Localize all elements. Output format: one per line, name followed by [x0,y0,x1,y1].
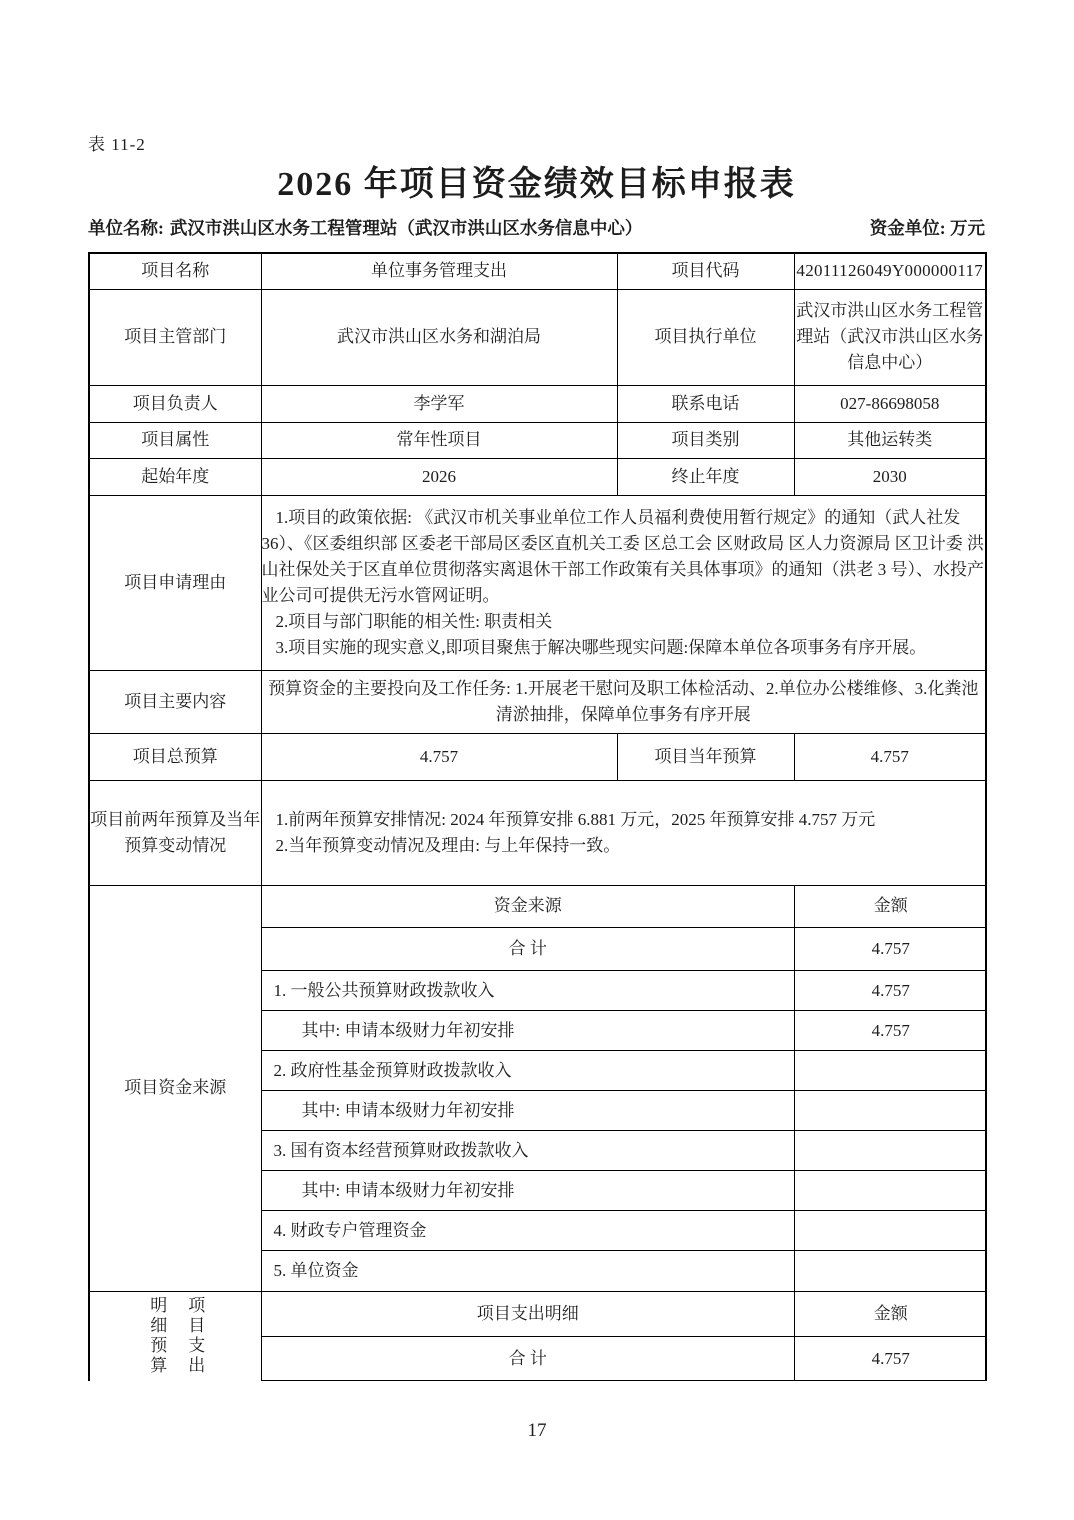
expense-label-right: 项目支出 [181,1296,207,1376]
funding-row-label-cell: 1. 一般公共预算财政拨款收入 [262,971,795,1011]
funding-row-amount-cell [795,1251,987,1291]
fund-unit-line: 资金单位: 万元 [870,215,985,240]
dept-value-cell: 武汉市洪山区水务和湖泊局 [261,289,617,385]
funding-label-cell: 项目资金来源 [89,885,261,1291]
current-budget-label-cell: 项目当年预算 [617,733,794,780]
table-row: 项目申请理由 1.项目的政策依据: 《武汉市机关事业单位工作人员福利费使用暂行规… [89,495,986,670]
table-row: 项目总预算 4.757 项目当年预算 4.757 [89,733,986,780]
funding-row-label-cell: 其中: 申请本级财力年初安排 [262,1011,795,1051]
expense-row-amount-cell: 4.757 [795,1337,987,1381]
funding-row: 4. 财政专户管理资金 [262,1211,987,1251]
table-row: 项目主要内容 预算资金的主要投向及工作任务: 1.开展老干慰问及职工体检活动、2… [89,670,986,733]
unit-name-label: 单位名称: [88,218,164,238]
funding-row: 其中: 申请本级财力年初安排 4.757 [262,1011,987,1051]
funding-row-amount-cell: 4.757 [795,1011,987,1051]
funding-table-cell: 资金来源 金额 合 计 4.757 1. 一般公共预算财政拨款收入 4.757 [261,885,986,1291]
total-budget-value-cell: 4.757 [261,733,617,780]
end-year-value-cell: 2030 [794,458,986,495]
table-row: 项目主管部门 武汉市洪山区水务和湖泊局 项目执行单位 武汉市洪山区水务工程管理站… [89,289,986,385]
table-row: 起始年度 2026 终止年度 2030 [89,458,986,495]
exec-unit-value-cell: 武汉市洪山区水务工程管理站（武汉市洪山区水务信息中心） [794,289,986,385]
expense-amount-header-cell: 金额 [795,1292,987,1337]
funding-row-label-cell: 其中: 申请本级财力年初安排 [262,1091,795,1131]
reason-item: 3.项目实施的现实意义,即项目聚焦于解决哪些现实问题:保障本单位各项事务有序开展… [262,635,986,661]
exec-unit-label-cell: 项目执行单位 [617,289,794,385]
funding-row: 3. 国有资本经营预算财政拨款收入 [262,1131,987,1171]
category-label-cell: 项目类别 [617,422,794,458]
project-name-label-cell: 项目名称 [89,253,261,289]
table-row: 项目支出 明细预算 项目支出明细 金额 [89,1291,986,1381]
history-label-cell: 项目前两年预算及当年预算变动情况 [89,780,261,885]
funding-table: 资金来源 金额 合 计 4.757 1. 一般公共预算财政拨款收入 4.757 [262,886,987,1291]
reason-item: 2.项目与部门职能的相关性: 职责相关 [262,609,986,635]
unit-name-value: 武汉市洪山区水务工程管理站（武汉市洪山区水务信息中心） [170,218,643,238]
page-title: 2026 年项目资金绩效目标申报表 [88,163,985,207]
project-code-label-cell: 项目代码 [617,253,794,289]
expense-detail-header-cell: 项目支出明细 [262,1292,795,1337]
funding-row-amount-cell: 4.757 [795,928,987,971]
funding-row: 其中: 申请本级财力年初安排 [262,1091,987,1131]
end-year-label-cell: 终止年度 [617,458,794,495]
project-name-value-cell: 单位事务管理支出 [261,253,617,289]
table-row: 项目名称 单位事务管理支出 项目代码 42011126049Y000000117 [89,253,986,289]
table-row: 项目资金来源 资金来源 金额 合 计 4.75 [89,885,986,1291]
subheader: 单位名称:武汉市洪山区水务工程管理站（武汉市洪山区水务信息中心） 资金单位: 万… [88,215,985,240]
funding-row-amount-cell [795,1131,987,1171]
expense-label-cell: 项目支出 明细预算 [89,1291,261,1381]
funding-amount-header-cell: 金额 [795,886,987,928]
expense-label-left: 明细预算 [143,1296,169,1376]
funding-row-label-cell: 2. 政府性基金预算财政拨款收入 [262,1051,795,1091]
table-row: 项目负责人 李学军 联系电话 027-86698058 [89,385,986,422]
start-year-value-cell: 2026 [261,458,617,495]
attr-label-cell: 项目属性 [89,422,261,458]
expense-row-label-cell: 合 计 [262,1337,795,1381]
fund-unit-label: 资金单位: [870,218,946,238]
funding-row-label-cell: 4. 财政专户管理资金 [262,1211,795,1251]
funding-row-amount-cell [795,1091,987,1131]
reason-label-cell: 项目申请理由 [89,495,261,670]
form-number: 表 11-2 [88,0,985,155]
table-row: 项目前两年预算及当年预算变动情况 1.前两年预算安排情况: 2024 年预算安排… [89,780,986,885]
history-item: 1.前两年预算安排情况: 2024 年预算安排 6.881 万元，2025 年预… [262,807,986,833]
dept-label-cell: 项目主管部门 [89,289,261,385]
expense-row: 合 计 4.757 [262,1337,987,1381]
funding-row-label-cell: 5. 单位资金 [262,1251,795,1291]
main-content-value-cell: 预算资金的主要投向及工作任务: 1.开展老干慰问及职工体检活动、2.单位办公楼维… [261,670,986,733]
page-number: 17 [0,1420,1074,1442]
total-budget-label-cell: 项目总预算 [89,733,261,780]
funding-row-amount-cell [795,1051,987,1091]
funding-row: 合 计 4.757 [262,928,987,971]
expense-vertical-label: 项目支出 明细预算 [90,1296,261,1376]
expense-table: 项目支出明细 金额 合 计 4.757 [262,1292,987,1382]
document-page: 表 11-2 2026 年项目资金绩效目标申报表 单位名称:武汉市洪山区水务工程… [0,0,1074,1520]
reason-item: 1.项目的政策依据: 《武汉市机关事业单位工作人员福利费使用暂行规定》的通知（武… [262,505,986,609]
funding-source-header-cell: 资金来源 [262,886,795,928]
funding-row-label-cell: 合 计 [262,928,795,971]
expense-row: 项目支出明细 金额 [262,1292,987,1337]
leader-label-cell: 项目负责人 [89,385,261,422]
funding-row-label-cell: 其中: 申请本级财力年初安排 [262,1171,795,1211]
declaration-table: 项目名称 单位事务管理支出 项目代码 42011126049Y000000117… [88,252,987,1381]
funding-row: 2. 政府性基金预算财政拨款收入 [262,1051,987,1091]
page-content: 表 11-2 2026 年项目资金绩效目标申报表 单位名称:武汉市洪山区水务工程… [88,0,985,1381]
funding-row-label-cell: 3. 国有资本经营预算财政拨款收入 [262,1131,795,1171]
funding-row: 其中: 申请本级财力年初安排 [262,1171,987,1211]
main-content-label-cell: 项目主要内容 [89,670,261,733]
leader-value-cell: 李学军 [261,385,617,422]
phone-label-cell: 联系电话 [617,385,794,422]
fund-unit-value: 万元 [950,218,985,238]
reason-content-cell: 1.项目的政策依据: 《武汉市机关事业单位工作人员福利费使用暂行规定》的通知（武… [261,495,986,670]
funding-row: 资金来源 金额 [262,886,987,928]
start-year-label-cell: 起始年度 [89,458,261,495]
funding-row-amount-cell: 4.757 [795,971,987,1011]
category-value-cell: 其他运转类 [794,422,986,458]
attr-value-cell: 常年性项目 [261,422,617,458]
current-budget-value-cell: 4.757 [794,733,986,780]
unit-name-line: 单位名称:武汉市洪山区水务工程管理站（武汉市洪山区水务信息中心） [88,215,642,240]
history-item: 2.当年预算变动情况及理由: 与上年保持一致。 [262,833,986,859]
funding-row: 5. 单位资金 [262,1251,987,1291]
funding-row-amount-cell [795,1211,987,1251]
history-content-cell: 1.前两年预算安排情况: 2024 年预算安排 6.881 万元，2025 年预… [261,780,986,885]
funding-row-amount-cell [795,1171,987,1211]
phone-value-cell: 027-86698058 [794,385,986,422]
table-row: 项目属性 常年性项目 项目类别 其他运转类 [89,422,986,458]
funding-row: 1. 一般公共预算财政拨款收入 4.757 [262,971,987,1011]
project-code-value-cell: 42011126049Y000000117 [794,253,986,289]
expense-table-cell: 项目支出明细 金额 合 计 4.757 [261,1291,986,1381]
